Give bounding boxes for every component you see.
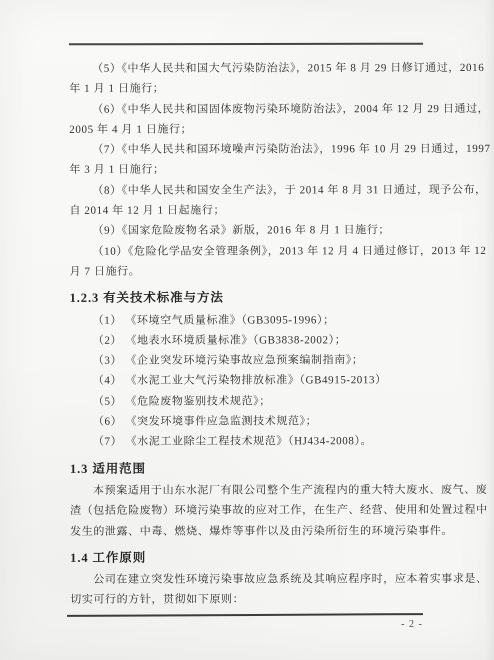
scope-paragraph-line-3: 发生的泄露、中毒、燃烧、爆炸等事件以及由污染所衍生的环境污染事件。 (70, 521, 435, 542)
document-body: （5）《中华人民共和国大气污染防治法》，2015 年 8 月 29 日修订通过，… (0, 0, 494, 611)
law-item-8-line-2: 自 2014 年 12 月 1 日起施行； (69, 200, 434, 221)
section-heading-1-3: 1.3 适用范围 (70, 458, 435, 479)
section-heading-1-4: 1.4 工作原则 (70, 547, 435, 568)
law-item-5-line-2: 年 1 月 1 日施行； (69, 78, 434, 99)
scan-edge-shadow (485, 0, 494, 660)
standard-item-1: （1） 《环境空气质量标准》（GB3095-1996）； (70, 310, 435, 331)
law-item-8-line-1: （8）《中华人民共和国安全生产法》，于 2014 年 8 月 31 日通过，现予… (69, 180, 434, 201)
scope-paragraph-line-1: 本预案适用于山东水泥厂有限公司整个生产流程内的重大特大废水、废气、废 (70, 480, 435, 501)
law-item-6-line-1: （6）《中华人民共和国固体废物污染环境防治法》，2004 年 12 月 29 日… (69, 99, 434, 120)
law-item-10-line-1: （10）《危险化学品安全管理条例》，2013 年 12 月 4 日通过修订，20… (70, 241, 435, 262)
scanned-document-page: （5）《中华人民共和国大气污染防治法》，2015 年 8 月 29 日修订通过，… (0, 0, 494, 660)
law-item-7-line-1: （7）《中华人民共和国环境噪声污染防治法》，1996 年 10 月 29 日通过… (69, 139, 434, 160)
footer-rule (67, 613, 423, 617)
law-item-9-line: （9）《国家危险废物名录》新版，2016 年 8 月 1 日施行； (69, 220, 434, 241)
section-heading-1-2-3: 1.2.3 有关技术标准与方法 (70, 287, 435, 308)
law-item-6-line-2: 2005 年 4 月 1 日施行； (69, 119, 434, 140)
standard-item-3: （3） 《企业突发环境污染事故应急预案编制指南》； (70, 350, 435, 371)
page-number: - 2 - (397, 619, 427, 630)
principles-paragraph-line-2: 切实可行的方针，贯彻如下原则： (70, 590, 435, 611)
standard-item-6: （6） 《突发环境事件应急监测技术规范》； (70, 411, 435, 432)
standard-item-5: （5） 《危险废物鉴别技术规范》； (70, 391, 435, 412)
standard-item-7: （7） 《水泥工业除尘工程技术规范》（HJ434-2008）。 (70, 431, 435, 452)
principles-paragraph-line-1: 公司在建立突发性环境污染事故应急系统及其响应程序时，应本着实事求是、 (70, 569, 435, 590)
standard-item-2: （2） 《地表水环境质量标准》（GB3838-2002）； (70, 330, 435, 351)
law-item-5-line-1: （5）《中华人民共和国大气污染防治法》，2015 年 8 月 29 日修订通过，… (69, 58, 434, 79)
law-item-10-line-2: 月 7 日施行。 (70, 261, 435, 282)
standard-item-4: （4） 《水泥工业大气污染物排放标准》（GB4915-2013） (70, 371, 435, 392)
scope-paragraph-line-2: 渣（包括危险废物）环境污染事故的应对工作，在生产、经营、使用和处置过程中 (70, 500, 435, 521)
law-item-7-line-2: 年 3 月 1 日施行； (69, 160, 434, 181)
